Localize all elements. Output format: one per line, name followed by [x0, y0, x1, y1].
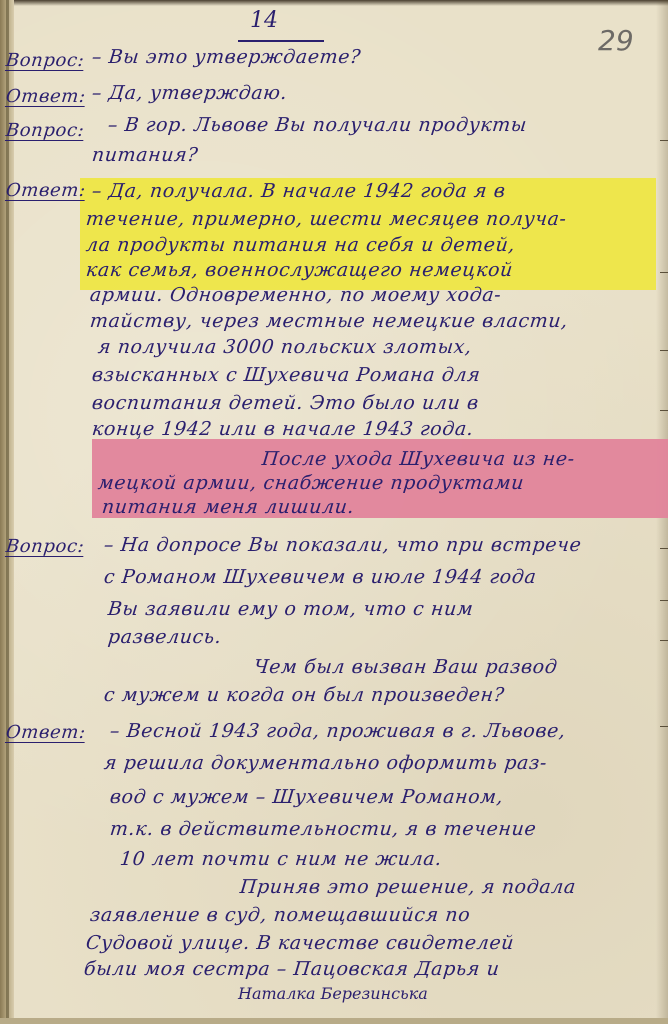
answer-text: взысканных с Шухевича Романа для: [91, 364, 482, 386]
answer-text: были моя сестра – Пацовская Дарья и: [83, 958, 501, 980]
answer-text: как семья, военнослужащего немецкой: [85, 259, 514, 281]
answer-text: заявление в суд, помещавшийся по: [89, 904, 472, 926]
question-text: развелись.: [107, 626, 223, 648]
answer-text: армии. Одновременно, по моему хода-: [89, 284, 503, 306]
answer-text: я решила документально оформить раз-: [103, 752, 548, 774]
page-top-shadow: [0, 0, 668, 6]
answer-text: вод с мужем – Шухевичем Романом,: [109, 786, 505, 808]
answer-text: воспитания детей. Это было или в: [91, 392, 480, 414]
page-number: 14: [250, 8, 278, 33]
answer-text: течение, примерно, шести месяцев получа-: [85, 208, 568, 230]
answer-text: я получила 3000 польских злотых,: [97, 336, 473, 358]
folio-number: 29: [598, 24, 634, 57]
answer-text: мецкой армии, снабжение продуктами: [97, 472, 525, 494]
answer-text: – Да, утверждаю.: [91, 82, 289, 104]
answer-text: После ухода Шухевича из не-: [261, 448, 576, 470]
question-text: Вы заявили ему о том, что с ним: [107, 598, 475, 620]
question-text: питания?: [91, 144, 199, 166]
answer-text: Судовой улице. В качестве свидетелей: [85, 932, 515, 954]
question-label: Вопрос:: [5, 120, 86, 141]
answer-text: Приняв это решение, я подала: [239, 876, 577, 898]
answer-text: питания меня лишили.: [101, 496, 356, 518]
question-text: – В гор. Львове Вы получали продукты: [107, 114, 528, 136]
question-label: Вопрос:: [5, 536, 86, 557]
document-page: 14 29 Вопрос: – Вы это утверждаете? Отве…: [0, 0, 668, 1024]
page-number-underline: [238, 40, 324, 42]
question-label: Вопрос:: [5, 50, 86, 71]
answer-text: ла продукты питания на себя и детей,: [85, 234, 516, 256]
question-text: – Вы это утверждаете?: [91, 46, 362, 68]
page-bottom-edge: [0, 1018, 668, 1024]
answer-text: – Да, получала. В начале 1942 года я в: [91, 180, 507, 202]
answer-text: тайству, через местные немецкие власти,: [89, 310, 569, 332]
answer-text: – Весной 1943 года, проживая в г. Львове…: [109, 720, 567, 742]
answer-text: конце 1942 или в начале 1943 года.: [91, 418, 475, 440]
binding-line: [6, 0, 9, 1024]
question-text: с Романом Шухевичем в июле 1944 года: [103, 566, 538, 588]
answer-text: 10 лет почти с ним не жила.: [119, 848, 443, 870]
answer-label: Ответ:: [5, 722, 87, 743]
question-text: Чем был вызван Ваш развод: [253, 656, 559, 678]
question-text: с мужем и когда он был произведен?: [103, 684, 506, 706]
answer-label: Ответ:: [5, 86, 87, 107]
question-text: – На допросе Вы показали, что при встреч…: [103, 534, 583, 556]
signature: Наталка Березинська: [238, 984, 428, 1003]
answer-text: т.к. в действительности, я в течение: [109, 818, 538, 840]
answer-label: Ответ:: [5, 180, 87, 201]
